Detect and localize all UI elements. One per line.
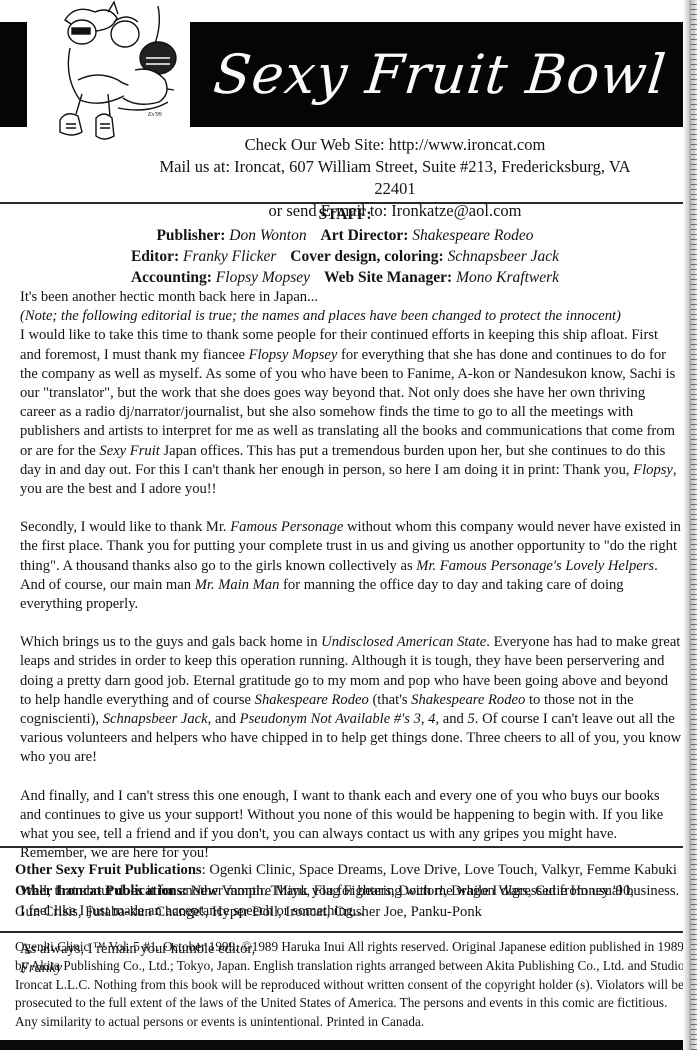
mail-address-line: Mail us at: Ironcat, 607 William Street,… — [150, 156, 640, 200]
staff-heading: STAFF: — [318, 206, 371, 223]
staff-name: Mono Kraftwerk — [456, 269, 559, 286]
staff-name: Schnapsbeer Jack — [448, 248, 559, 265]
staff-name: Flopsy Mopsey — [216, 269, 310, 286]
staff-row: Accounting: Flopsy Mopsey Web Site Manag… — [0, 267, 690, 288]
ironcat-publications-continued: Gun Crisis, Futaba-kun Change!, Hyper Do… — [15, 902, 690, 923]
editorial-intro: It's been another hectic month back here… — [20, 288, 682, 307]
publications-label: Other Ironcat Publications: — [15, 883, 187, 899]
other-publications: Other Sexy Fruit Publications: Ogenki Cl… — [15, 860, 690, 923]
three-anime-characters-illustration: Ex'99 — [30, 0, 190, 148]
text: Which brings us to the guys and gals bac… — [20, 634, 321, 650]
editorial-paragraph-3: Which brings us to the guys and gals bac… — [20, 633, 682, 767]
website-line: Check Our Web Site: http://www.ironcat.c… — [150, 134, 640, 156]
name-emphasis: Flopsy — [633, 462, 673, 478]
name-emphasis: Sexy Fruit — [99, 443, 159, 459]
name-emphasis: Famous Personage — [230, 519, 343, 535]
staff-row: Editor: Franky Flicker Cover design, col… — [0, 246, 690, 267]
name-emphasis: Schnapsbeer Jack — [103, 711, 208, 727]
staff-role: Cover design, coloring: — [290, 248, 443, 265]
staff-role: Editor: — [131, 248, 179, 265]
staff-name: Franky Flicker — [183, 248, 276, 265]
name-emphasis: Mr. Famous Personage's Lovely Helpers — [416, 558, 654, 574]
staff-row: Publisher: Don Wonton Art Director: Shak… — [0, 225, 690, 246]
divider-bottom — [0, 931, 690, 933]
editorial-paragraph-2: Secondly, I would like to thank Mr. Famo… — [20, 518, 682, 614]
editorial-paragraph-4: And finally, and I can't stress this one… — [20, 787, 682, 864]
name-emphasis: Pseudonym Not Available #'s 3 — [240, 711, 421, 727]
text: , and — [435, 711, 467, 727]
name-emphasis: Mr. Main Man — [195, 577, 280, 593]
staff-credits: STAFF: Publisher: Don Wonton Art Directo… — [0, 204, 690, 288]
editorial-note: (Note; the following editorial is true; … — [20, 307, 682, 326]
note-text: (Note; the following editorial is true; … — [20, 308, 621, 324]
divider-middle — [0, 846, 690, 848]
sexy-fruit-publications: Other Sexy Fruit Publications: Ogenki Cl… — [15, 860, 690, 881]
svg-text:Ex'99: Ex'99 — [147, 112, 162, 118]
ironcat-publications: Other Ironcat Publications: New Vampire … — [15, 881, 690, 902]
staff-name: Shakespeare Rodeo — [412, 227, 533, 244]
text: , and — [208, 711, 240, 727]
staff-role: Accounting: — [131, 269, 212, 286]
name-emphasis: Shakespeare Rodeo — [411, 692, 525, 708]
book-spine-binding — [691, 0, 697, 1050]
staff-role: Web Site Manager: — [324, 269, 452, 286]
page-bottom-edge — [0, 1040, 697, 1050]
name-emphasis: Flopsy Mopsey — [249, 347, 338, 363]
publications-list: : Ogenki Clinic, Space Dreams, Love Driv… — [202, 862, 677, 878]
name-emphasis: Shakespeare Rodeo — [255, 692, 369, 708]
header-title-bar: Sexy Fruit Bowl — [190, 22, 690, 127]
text: (that's — [369, 692, 411, 708]
name-emphasis: Undisclosed American State — [321, 634, 486, 650]
editorial-paragraph-1: I would like to take this time to thank … — [20, 326, 682, 499]
legal-notice: Ogenki Clinic ™ Vol. 5 #1. October 1999.… — [15, 938, 690, 1032]
staff-role: Art Director: — [321, 227, 409, 244]
publications-list: New Vampire Miyu, Flag Fighters, Doctor!… — [187, 883, 634, 899]
page-title: Sexy Fruit Bowl — [211, 43, 670, 106]
publications-label: Other Sexy Fruit Publications — [15, 862, 202, 878]
text: Secondly, I would like to thank Mr. — [20, 519, 230, 535]
header-left-black-block — [0, 22, 27, 127]
staff-role: Publisher: — [156, 227, 225, 244]
staff-name: Don Wonton — [229, 227, 306, 244]
name-emphasis: 5 — [468, 711, 475, 727]
